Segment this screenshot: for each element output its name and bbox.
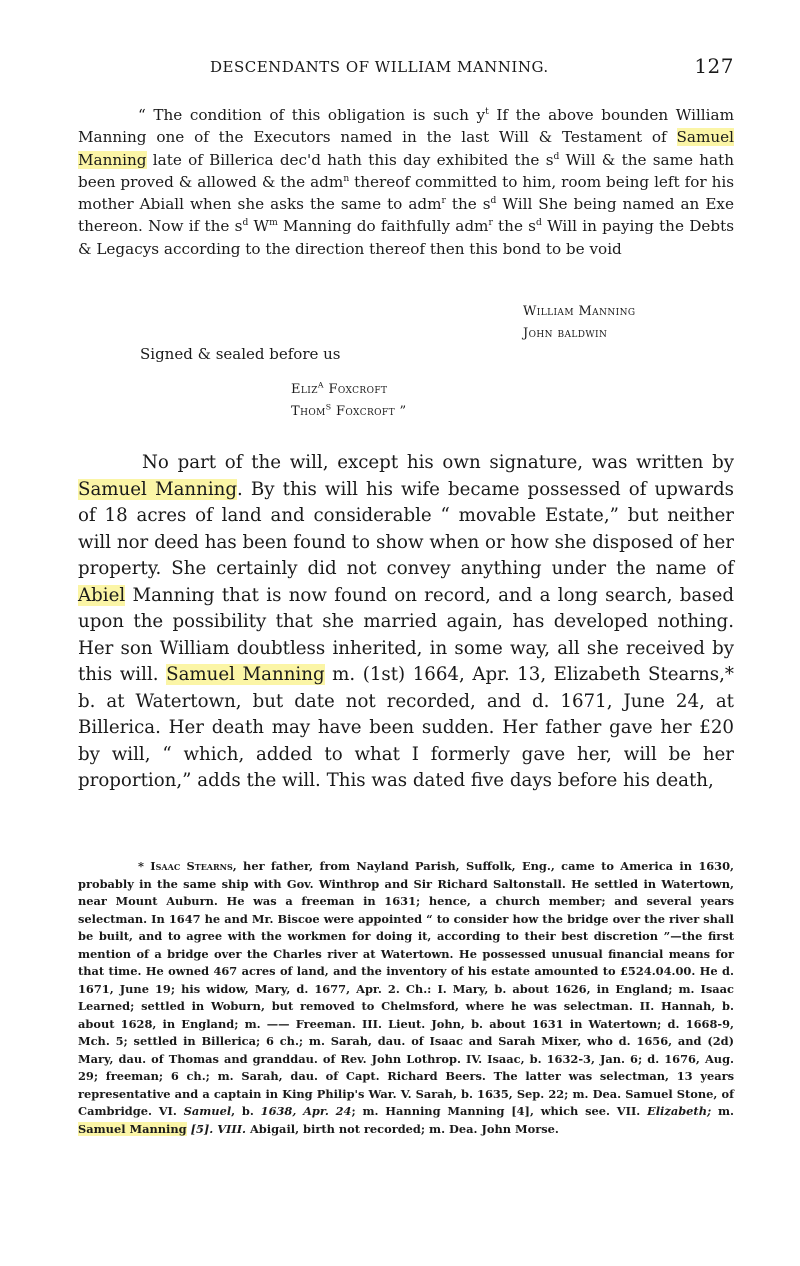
body-text: No part of the will, except his own sign… xyxy=(78,450,734,795)
bond-signatories: William Manning John baldwin xyxy=(523,301,635,345)
signatory-william-manning: William Manning xyxy=(523,301,635,323)
signatory-john-baldwin: John baldwin xyxy=(523,323,635,345)
footnote-name: Isaac Stearns xyxy=(150,859,232,873)
page-number: 127 xyxy=(694,54,734,78)
body-paragraph: No part of the will, except his own sign… xyxy=(78,450,734,795)
highlight-samuel-manning: Samuel Manning xyxy=(78,1122,187,1136)
highlight-abiel: Abiel xyxy=(78,585,125,606)
witnesses: Eliza Foxcroft Thoms Foxcroft ” xyxy=(291,379,407,423)
signed-before-line: Signed & sealed before us xyxy=(140,345,341,363)
witness-thomas-foxcroft: Thoms Foxcroft ” xyxy=(291,401,407,423)
book-page: DESCENDANTS OF WILLIAM MANNING. 127 “ Th… xyxy=(0,0,800,1266)
witness-eliza-foxcroft: Eliza Foxcroft xyxy=(291,379,407,401)
highlight-samuel-manning: Samuel Manning xyxy=(166,664,324,685)
footnote-paragraph: * Isaac Stearns, her father, from Naylan… xyxy=(78,858,734,1138)
highlight-samuel-manning: Samuel Manning xyxy=(78,479,237,500)
footnote: * Isaac Stearns, her father, from Naylan… xyxy=(78,858,734,1138)
running-head-title: DESCENDANTS OF WILLIAM MANNING. xyxy=(210,58,549,76)
quoted-bond-text: “ The condition of this obligation is su… xyxy=(78,104,734,260)
quote-paragraph: “ The condition of this obligation is su… xyxy=(78,104,734,260)
